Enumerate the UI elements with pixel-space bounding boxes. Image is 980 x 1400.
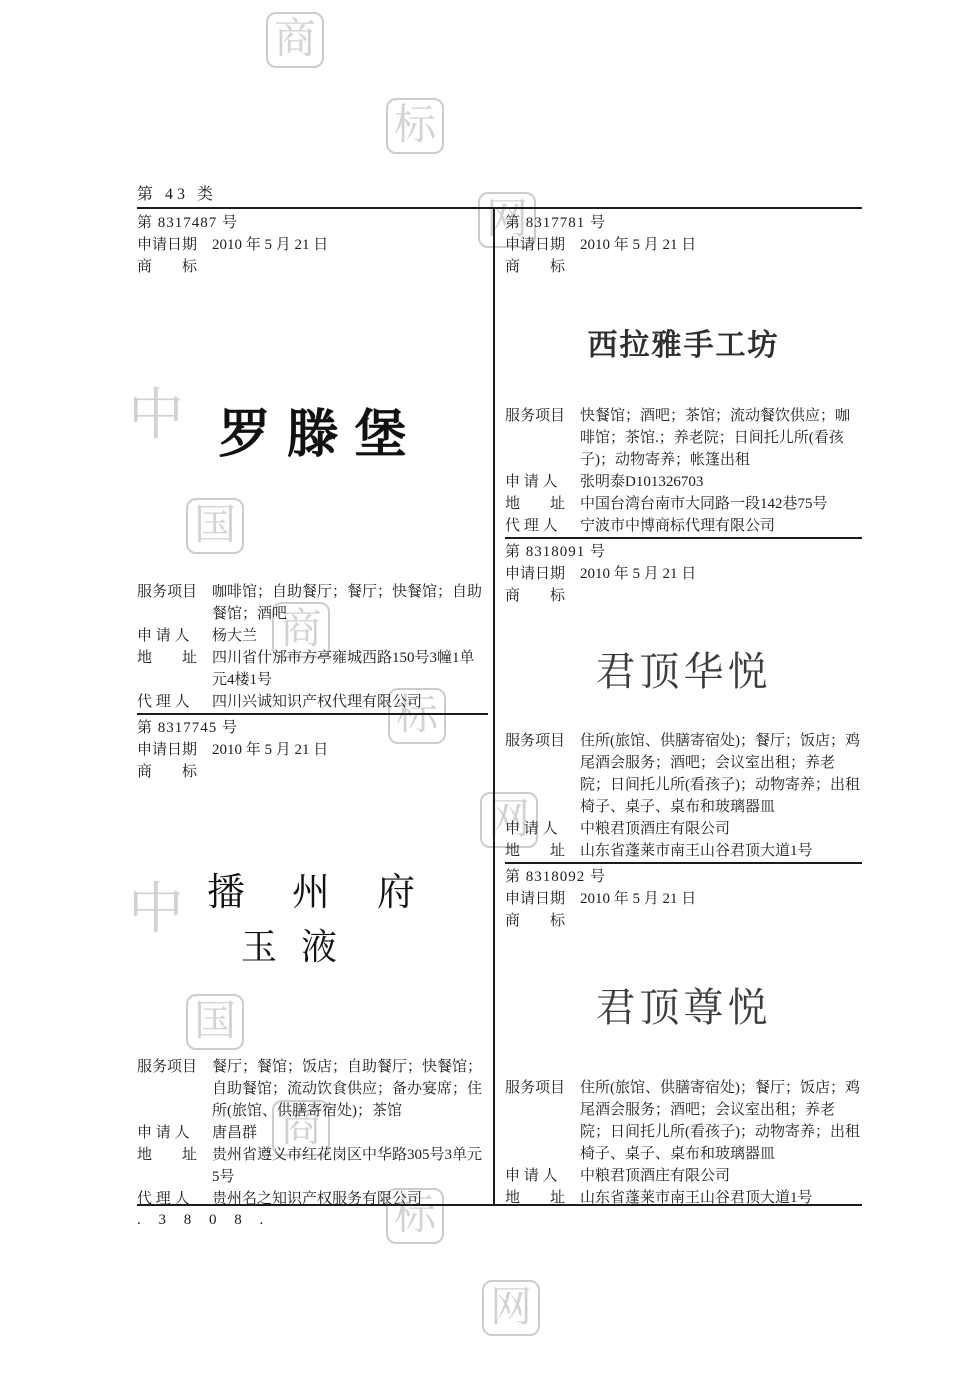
services-label: 服务项目 xyxy=(137,581,212,625)
watermark-char: 网 xyxy=(482,1280,540,1336)
services-row: 服务项目 住所(旅馆、供膳寄宿处)；餐厅；饭店；鸡尾酒会服务；酒吧；会议室出租；… xyxy=(505,1077,862,1165)
application-date-row: 申请日期 2010 年 5 月 21 日 xyxy=(137,234,488,256)
agent-value: 贵州名之知识产权服务有限公司 xyxy=(212,1188,488,1210)
right-column: 第 8317781 号 申请日期 2010 年 5 月 21 日 商 标 西拉雅… xyxy=(505,210,862,1209)
applicant-label: 申 请 人 xyxy=(505,1165,580,1187)
address-row: 地 址 中国台湾台南市大同路一段142巷75号 xyxy=(505,493,862,515)
column-divider xyxy=(493,208,495,1205)
page-number: . 3 8 0 8 . xyxy=(137,1212,270,1229)
applicant-row: 申 请 人 中粮君顶酒庄有限公司 xyxy=(505,1165,862,1187)
services-row: 服务项目 住所(旅馆、供膳寄宿处)；餐厅；饭店；鸡尾酒会服务；酒吧；会议室出租；… xyxy=(505,730,862,818)
top-rule xyxy=(137,207,862,209)
mark-label: 商 标 xyxy=(505,585,580,607)
mark-label: 商 标 xyxy=(505,256,580,278)
trademark-entry-8317781: 第 8317781 号 申请日期 2010 年 5 月 21 日 商 标 西拉雅… xyxy=(505,210,862,539)
date-value: 2010 年 5 月 21 日 xyxy=(580,234,862,256)
date-value: 2010 年 5 月 21 日 xyxy=(580,563,862,585)
date-value: 2010 年 5 月 21 日 xyxy=(212,739,488,761)
trademark-text: 君顶华悦 xyxy=(596,640,772,697)
applicant-value: 张明泰D101326703 xyxy=(580,471,862,493)
agent-row: 代 理 人 宁波市中博商标代理有限公司 xyxy=(505,515,862,537)
trademark-entry-8317487: 第 8317487 号 申请日期 2010 年 5 月 21 日 商 标 罗滕堡… xyxy=(137,210,488,715)
class-heading: 第 43 类 xyxy=(137,181,217,204)
services-label: 服务项目 xyxy=(505,1077,580,1165)
applicant-row: 申 请 人 唐昌群 xyxy=(137,1122,488,1144)
watermark-char: 商 xyxy=(266,12,324,68)
services-label: 服务项目 xyxy=(505,730,580,818)
applicant-row: 申 请 人 张明泰D101326703 xyxy=(505,471,862,493)
trademark-text: 君顶尊悦 xyxy=(596,976,772,1033)
mark-label: 商 标 xyxy=(137,256,212,278)
trademark-image: 罗滕堡 xyxy=(137,278,488,581)
applicant-value: 中粮君顶酒庄有限公司 xyxy=(580,818,862,840)
applicant-label: 申 请 人 xyxy=(137,1122,212,1144)
applicant-label: 申 请 人 xyxy=(505,818,580,840)
application-date-row: 申请日期 2010 年 5 月 21 日 xyxy=(505,563,862,585)
applicant-value: 中粮君顶酒庄有限公司 xyxy=(580,1165,862,1187)
agent-value: 宁波市中博商标代理有限公司 xyxy=(580,515,862,537)
services-row: 服务项目 快餐馆；酒吧；茶馆；流动餐饮供应；咖啡馆；茶馆.；养老院；日间托儿所(… xyxy=(505,405,862,471)
entry-number: 第 8318091 号 xyxy=(505,539,862,563)
date-value: 2010 年 5 月 21 日 xyxy=(580,888,862,910)
agent-label: 代 理 人 xyxy=(137,691,212,713)
agent-row: 代 理 人 贵州名之知识产权服务有限公司 xyxy=(137,1188,488,1210)
trademark-image: 君顶尊悦 xyxy=(505,932,862,1077)
trademark-entry-8318091: 第 8318091 号 申请日期 2010 年 5 月 21 日 商 标 君顶华… xyxy=(505,539,862,864)
address-value: 中国台湾台南市大同路一段142巷75号 xyxy=(580,493,862,515)
trademark-text: 罗滕堡 xyxy=(202,392,422,467)
applicant-value: 唐昌群 xyxy=(212,1122,488,1144)
date-label: 申请日期 xyxy=(137,739,212,761)
trademark-text-line2: 玉液 xyxy=(137,921,361,973)
address-row: 地 址 山东省蓬莱市南王山谷君顶大道1号 xyxy=(505,1187,862,1209)
agent-label: 代 理 人 xyxy=(137,1188,212,1210)
trademark-image: 君顶华悦 xyxy=(505,607,862,730)
services-value: 住所(旅馆、供膳寄宿处)；餐厅；饭店；鸡尾酒会服务；酒吧；会议室出租；养老院；日… xyxy=(580,1077,862,1165)
date-label: 申请日期 xyxy=(137,234,212,256)
entry-number: 第 8317487 号 xyxy=(137,210,488,234)
entry-number: 第 8317781 号 xyxy=(505,210,862,234)
services-label: 服务项目 xyxy=(505,405,580,471)
trademark-text-line1: 播州府 xyxy=(137,866,462,921)
date-label: 申请日期 xyxy=(505,234,580,256)
application-date-row: 申请日期 2010 年 5 月 21 日 xyxy=(505,888,862,910)
services-value: 餐厅；餐馆；饭店；自助餐厅；快餐馆；自助餐馆；流动饮食供应；备办宴席；住所(旅馆… xyxy=(212,1056,488,1122)
services-value: 咖啡馆；自助餐厅；餐厅；快餐馆；自助餐馆；酒吧 xyxy=(212,581,488,625)
applicant-label: 申 请 人 xyxy=(505,471,580,493)
mark-label-row: 商 标 xyxy=(505,585,862,607)
trademark-entry-8318092: 第 8318092 号 申请日期 2010 年 5 月 21 日 商 标 君顶尊… xyxy=(505,864,862,1209)
applicant-row: 申 请 人 中粮君顶酒庄有限公司 xyxy=(505,818,862,840)
applicant-row: 申 请 人 杨大兰 xyxy=(137,625,488,647)
address-label: 地 址 xyxy=(505,840,580,862)
services-value: 住所(旅馆、供膳寄宿处)；餐厅；饭店；鸡尾酒会服务；酒吧；会议室出租；养老院；日… xyxy=(580,730,862,818)
application-date-row: 申请日期 2010 年 5 月 21 日 xyxy=(505,234,862,256)
address-label: 地 址 xyxy=(137,647,212,691)
trademark-image: 西拉雅手工坊 xyxy=(505,278,862,405)
address-value: 山东省蓬莱市南王山谷君顶大道1号 xyxy=(580,840,862,862)
services-label: 服务项目 xyxy=(137,1056,212,1122)
address-row: 地 址 山东省蓬莱市南王山谷君顶大道1号 xyxy=(505,840,862,862)
address-row: 地 址 贵州省遵义市红花岗区中华路305号3单元5号 xyxy=(137,1144,488,1188)
mark-label: 商 标 xyxy=(505,910,580,932)
watermark-char: 标 xyxy=(386,98,444,154)
left-column: 第 8317487 号 申请日期 2010 年 5 月 21 日 商 标 罗滕堡… xyxy=(137,210,488,1210)
address-row: 地 址 四川省什邡市方亭雍城西路150号3幢1单元4楼1号 xyxy=(137,647,488,691)
date-value: 2010 年 5 月 21 日 xyxy=(212,234,488,256)
address-label: 地 址 xyxy=(505,1187,580,1209)
address-value: 山东省蓬莱市南王山谷君顶大道1号 xyxy=(580,1187,862,1209)
entry-number: 第 8318092 号 xyxy=(505,864,862,888)
services-value: 快餐馆；酒吧；茶馆；流动餐饮供应；咖啡馆；茶馆.；养老院；日间托儿所(看孩子)；… xyxy=(580,405,862,471)
address-value: 贵州省遵义市红花岗区中华路305号3单元5号 xyxy=(212,1144,488,1188)
address-label: 地 址 xyxy=(505,493,580,515)
date-label: 申请日期 xyxy=(505,888,580,910)
trademark-image: 播州府 玉液 xyxy=(137,783,488,1056)
application-date-row: 申请日期 2010 年 5 月 21 日 xyxy=(137,739,488,761)
mark-label: 商 标 xyxy=(137,761,212,783)
mark-label-row: 商 标 xyxy=(505,256,862,278)
agent-value: 四川兴诚知识产权代理有限公司 xyxy=(212,691,488,713)
mark-label-row: 商 标 xyxy=(505,910,862,932)
entry-number: 第 8317745 号 xyxy=(137,715,488,739)
applicant-label: 申 请 人 xyxy=(137,625,212,647)
services-row: 服务项目 餐厅；餐馆；饭店；自助餐厅；快餐馆；自助餐馆；流动饮食供应；备办宴席；… xyxy=(137,1056,488,1122)
date-label: 申请日期 xyxy=(505,563,580,585)
services-row: 服务项目 咖啡馆；自助餐厅；餐厅；快餐馆；自助餐馆；酒吧 xyxy=(137,581,488,625)
trademark-text: 西拉雅手工坊 xyxy=(588,320,780,364)
trademark-entry-8317745: 第 8317745 号 申请日期 2010 年 5 月 21 日 商 标 播州府… xyxy=(137,715,488,1210)
address-label: 地 址 xyxy=(137,1144,212,1188)
agent-row: 代 理 人 四川兴诚知识产权代理有限公司 xyxy=(137,691,488,713)
mark-label-row: 商 标 xyxy=(137,256,488,278)
agent-label: 代 理 人 xyxy=(505,515,580,537)
gazette-page: 商 标 网 中 国 商 标 网 中 国 商 标 网 第 43 类 第 83174… xyxy=(0,0,980,1400)
address-value: 四川省什邡市方亭雍城西路150号3幢1单元4楼1号 xyxy=(212,647,488,691)
mark-label-row: 商 标 xyxy=(137,761,488,783)
applicant-value: 杨大兰 xyxy=(212,625,488,647)
